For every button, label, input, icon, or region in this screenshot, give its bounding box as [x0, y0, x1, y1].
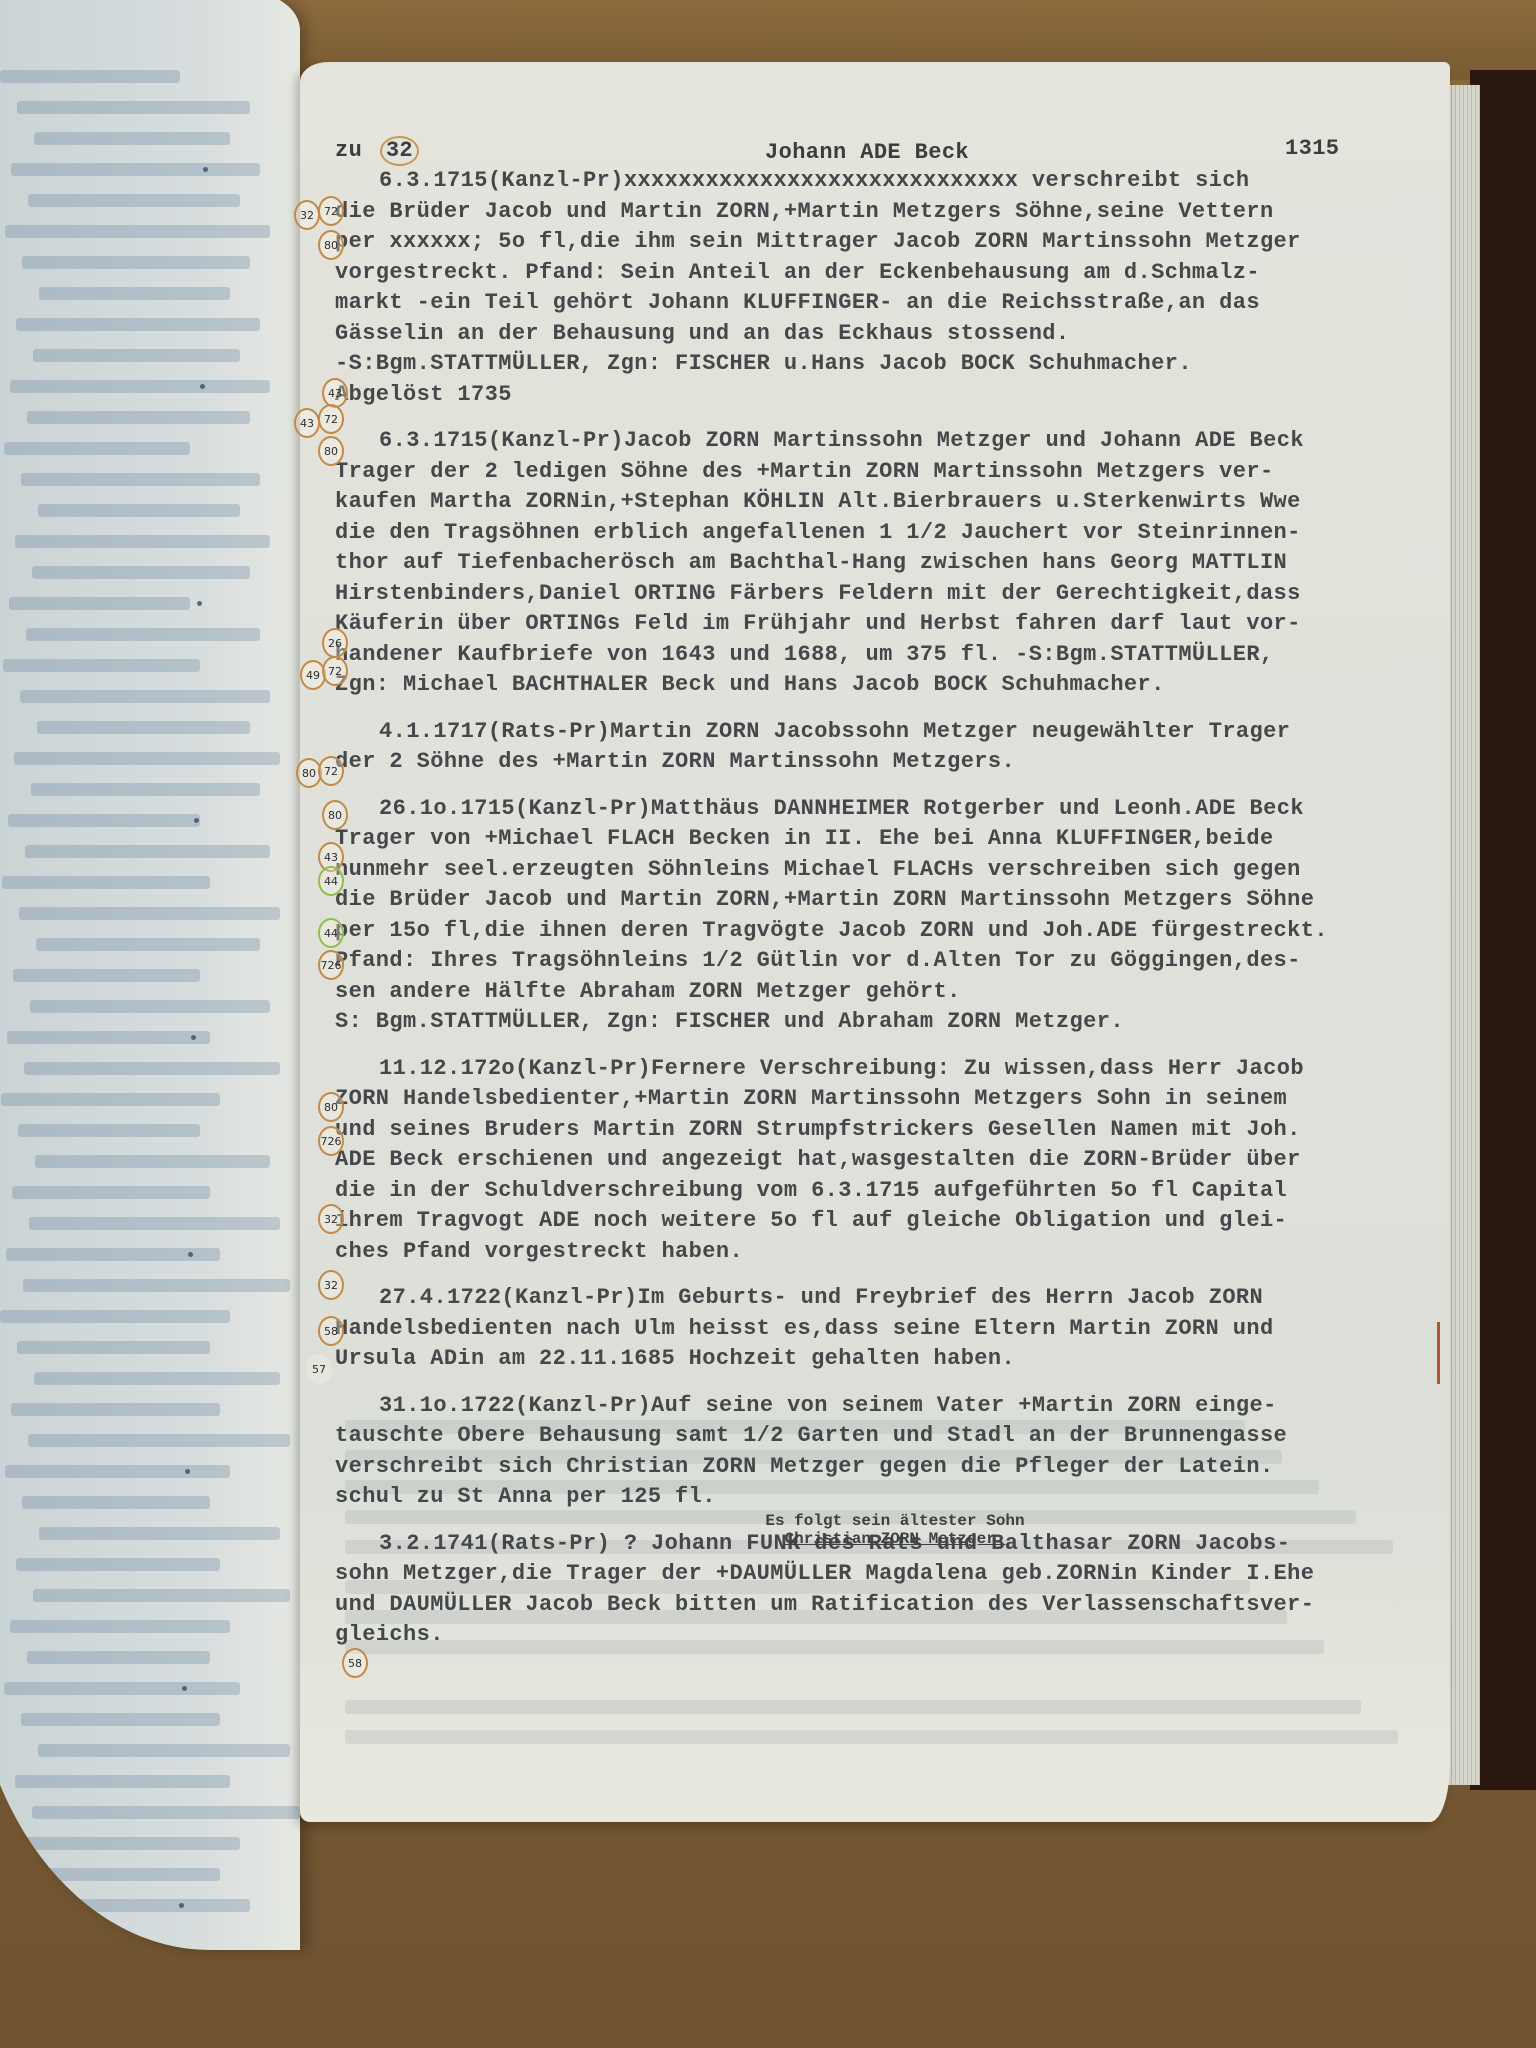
mirrored-text-line — [16, 1558, 220, 1571]
entry-text-line: ADE Beck erschienen und angezeigt hat,wa… — [335, 1145, 1455, 1176]
mirrored-text-line — [32, 566, 250, 579]
entry-text-line: per xxxxxx; 5o fl,die ihm sein Mittrager… — [335, 227, 1455, 258]
ink-dot — [182, 1686, 187, 1691]
circled-margin-number: 32 — [294, 200, 320, 230]
record-entry: 27.4.1722(Kanzl-Pr)Im Geburts- und Freyb… — [335, 1283, 1455, 1375]
circled-margin-number: 72 — [318, 756, 344, 786]
entry-text-line: und DAUMÜLLER Jacob Beck bitten um Ratif… — [335, 1590, 1455, 1621]
mirrored-text-line — [26, 1868, 220, 1881]
circled-margin-number: 726 — [318, 950, 344, 980]
ink-dot — [203, 167, 208, 172]
ink-dot — [191, 1035, 196, 1040]
mirrored-text-line — [33, 349, 240, 362]
circled-margin-number: 44 — [318, 866, 344, 896]
circled-margin-number: 43 — [322, 378, 348, 408]
entry-text-line: schul zu St Anna per 125 fl. — [335, 1482, 1455, 1513]
record-entry: 26.1o.1715(Kanzl-Pr)Matthäus DANNHEIMER … — [335, 794, 1455, 1038]
page-number: 1315 — [1285, 134, 1339, 165]
mirrored-text-line — [36, 938, 260, 951]
circled-margin-number: 57 — [306, 1354, 332, 1384]
entry-date-line: 26.1o.1715(Kanzl-Pr)Matthäus DANNHEIMER … — [335, 794, 1455, 825]
entry-text-line: Käuferin über ORTINGs Feld im Frühjahr u… — [335, 609, 1455, 640]
entry-text-line: Trager der 2 ledigen Söhne des +Martin Z… — [335, 457, 1455, 488]
entry-text-line: gleichs. — [335, 1620, 1455, 1651]
mirrored-text-line — [22, 256, 250, 269]
ink-dot — [188, 1252, 193, 1257]
entry-text-line: die den Tragsöhnen erblich angefallenen … — [335, 518, 1455, 549]
circled-margin-number: 72 — [318, 404, 344, 434]
entry-text-line: verschreibt sich Christian ZORN Metzger … — [335, 1452, 1455, 1483]
entry-text-line: Ursula ADin am 22.11.1685 Hochzeit gehal… — [335, 1344, 1455, 1375]
mirrored-text-line — [30, 1000, 270, 1013]
mirrored-text-line — [7, 1031, 210, 1044]
mirrored-text-line — [39, 1527, 280, 1540]
entry-text-line: der 2 Söhne des +Martin ZORN Martinssohn… — [335, 747, 1455, 778]
entry-text-line: per 15o fl,die ihnen deren Tragvögte Jac… — [335, 916, 1455, 947]
mirrored-text-line — [27, 1651, 210, 1664]
mirrored-text-line — [2, 876, 210, 889]
mirrored-text-line — [19, 907, 280, 920]
record-entry: 4.1.1717(Rats-Pr)Martin ZORN Jacobssohn … — [335, 717, 1455, 778]
mirrored-text-line — [21, 473, 260, 486]
mirrored-text-line — [17, 1341, 210, 1354]
entry-text-line: die in der Schuldverschreibung vom 6.3.1… — [335, 1176, 1455, 1207]
entry-date-line: 6.3.1715(Kanzl-Pr)xxxxxxxxxxxxxxxxxxxxxx… — [335, 166, 1455, 197]
entry-text-line: kaufen Martha ZORNin,+Stephan KÖHLIN Alt… — [335, 487, 1455, 518]
mirrored-text-line — [8, 814, 200, 827]
record-entry: 11.12.172o(Kanzl-Pr)Fernere Verschreibun… — [335, 1054, 1455, 1268]
record-entry: 6.3.1715(Kanzl-Pr)xxxxxxxxxxxxxxxxxxxxxx… — [335, 166, 1455, 410]
ink-dot — [179, 1903, 184, 1908]
mirrored-text-line — [35, 1155, 270, 1168]
mirrored-text-line — [26, 628, 260, 641]
mirrored-text-line — [38, 504, 240, 517]
mirrored-text-line — [14, 752, 280, 765]
entry-text-line: Gässelin an der Behausung und an das Eck… — [335, 319, 1455, 350]
mirrored-text-line — [27, 411, 250, 424]
mirrored-text-line — [18, 1124, 200, 1137]
entry-text-line: die Brüder Jacob und Martin ZORN,+Martin… — [335, 885, 1455, 916]
mirrored-text-line — [13, 969, 200, 982]
circled-margin-number: 44 — [318, 918, 344, 948]
entry-date-line: 31.1o.1722(Kanzl-Pr)Auf seine von seinem… — [335, 1391, 1455, 1422]
mirrored-text-line — [22, 1496, 210, 1509]
circled-margin-number: 72 — [322, 656, 348, 686]
mirrored-text-line — [0, 70, 180, 83]
entry-text-line: ches Pfand vorgestreckt haben. — [335, 1237, 1455, 1268]
mirrored-text-line — [3, 659, 200, 672]
mirrored-text-line — [21, 1713, 220, 1726]
mirrored-text-line — [39, 287, 230, 300]
entry-text-line: vorgestreckt. Pfand: Sein Anteil an der … — [335, 258, 1455, 289]
circled-margin-number: 80 — [322, 800, 348, 830]
mirrored-text-line — [32, 1806, 300, 1819]
bleed-line — [345, 1700, 1361, 1714]
circled-margin-number: 80 — [318, 1092, 344, 1122]
mirrored-text-line — [34, 1372, 280, 1385]
red-pencil-bracket — [1437, 1322, 1440, 1384]
mirrored-text-line — [17, 101, 250, 114]
entry-text-line: markt -ein Teil gehört Johann KLUFFINGER… — [335, 288, 1455, 319]
document-content: zu 32 Johann ADE Beck 1315 6.3.1715(Kanz… — [335, 136, 1455, 1667]
footer-note: Es folgt sein ältester Sohn Christian ZO… — [335, 1512, 1455, 1548]
mirrored-text-line — [29, 1217, 280, 1230]
circled-margin-number: 32 — [318, 1204, 344, 1234]
mirrored-text-line — [11, 1403, 220, 1416]
mirrored-text-line — [4, 1682, 240, 1695]
entry-text-line: Hirstenbinders,Daniel ORTING Färbers Fel… — [335, 579, 1455, 610]
entry-text-line: -S:Bgm.STATTMÜLLER, Zgn: FISCHER u.Hans … — [335, 349, 1455, 380]
entry-date-line: 6.3.1715(Kanzl-Pr)Jacob ZORN Martinssohn… — [335, 426, 1455, 457]
mirrored-text-line — [31, 783, 260, 796]
mirrored-text-line — [15, 1775, 230, 1788]
entry-text-line: handener Kaufbriefe von 1643 und 1688, u… — [335, 640, 1455, 671]
ink-dot — [197, 601, 202, 606]
mirrored-text-line — [5, 1465, 230, 1478]
mirrored-text-line — [11, 163, 260, 176]
circled-margin-number: 726 — [318, 1126, 344, 1156]
entry-text-line: thor auf Tiefenbacherösch am Bachthal-Ha… — [335, 548, 1455, 579]
mirrored-text-line — [4, 442, 190, 455]
mirrored-text-line — [23, 1279, 290, 1292]
mirrored-text-line — [24, 1062, 280, 1075]
entry-text-line: und seines Bruders Martin ZORN Strumpfst… — [335, 1115, 1455, 1146]
circled-margin-number: 58 — [318, 1316, 344, 1346]
mirrored-text-line — [34, 132, 230, 145]
mirrored-text-line — [16, 318, 260, 331]
page-title: Johann ADE Beck — [765, 138, 969, 169]
entry-text-line: sohn Metzger,die Trager der +DAUMÜLLER M… — [335, 1559, 1455, 1590]
record-entry: 6.3.1715(Kanzl-Pr)Jacob ZORN Martinssohn… — [335, 426, 1455, 701]
entry-text-line: nunmehr seel.erzeugten Söhnleins Michael… — [335, 855, 1455, 886]
footer-line-2: Christian ZORN Metzger. — [335, 1530, 1455, 1548]
entry-date-line: 11.12.172o(Kanzl-Pr)Fernere Verschreibun… — [335, 1054, 1455, 1085]
circled-margin-number: 26 — [322, 628, 348, 658]
entry-text-line: Pfand: Ihres Tragsöhnleins 1/2 Gütlin vo… — [335, 946, 1455, 977]
entry-text-line: Abgelöst 1735 — [335, 380, 1455, 411]
entry-text-line: sen andere Hälfte Abraham ZORN Metzger g… — [335, 977, 1455, 1008]
mirrored-text-line — [38, 1744, 290, 1757]
mirrored-text-line — [0, 1310, 230, 1323]
ink-dot — [200, 384, 205, 389]
mirrored-text-line — [1, 1093, 220, 1106]
mirrored-text-line — [33, 1589, 290, 1602]
circled-margin-number: 80 — [318, 436, 344, 466]
circled-margin-number: 72 — [318, 196, 344, 226]
ink-dot — [194, 818, 199, 823]
entry-date-line: 27.4.1722(Kanzl-Pr)Im Geburts- und Freyb… — [335, 1283, 1455, 1314]
cross-reference: zu 32 — [335, 136, 419, 167]
mirrored-text-line — [15, 535, 270, 548]
mirrored-text-line — [5, 225, 270, 238]
footer-line-1: Es folgt sein ältester Sohn — [335, 1512, 1455, 1530]
mirrored-text-line — [3, 1899, 250, 1912]
page-header: zu 32 Johann ADE Beck 1315 — [335, 136, 1455, 166]
entry-text-line: Trager von +Michael FLACH Becken in II. … — [335, 824, 1455, 855]
mirrored-text-line — [10, 1620, 230, 1633]
mirrored-text-line — [28, 194, 240, 207]
mirrored-text-line — [9, 1837, 240, 1850]
entry-text-line: Handelsbedienten nach Ulm heisst es,dass… — [335, 1314, 1455, 1345]
entry-text-line: S: Bgm.STATTMÜLLER, Zgn: FISCHER und Abr… — [335, 1007, 1455, 1038]
entry-text-line: Zgn: Michael BACHTHALER Beck und Hans Ja… — [335, 670, 1455, 701]
mirrored-text-line — [37, 721, 250, 734]
mirrored-text-line — [28, 1434, 290, 1447]
record-entries: 6.3.1715(Kanzl-Pr)xxxxxxxxxxxxxxxxxxxxxx… — [335, 166, 1455, 1651]
circled-margin-number: 32 — [318, 1270, 344, 1300]
entry-text-line: die Brüder Jacob und Martin ZORN,+Martin… — [335, 197, 1455, 228]
mirrored-text-line — [25, 845, 270, 858]
mirrored-text-line — [20, 690, 270, 703]
left-page-bleed — [0, 0, 300, 1950]
entry-text-line: tauschte Obere Behausung samt 1/2 Garten… — [335, 1421, 1455, 1452]
circled-margin-number: 80 — [318, 230, 344, 260]
mirrored-text-line — [12, 1186, 210, 1199]
footer-margin-circle: 58 — [342, 1648, 368, 1678]
entry-date-line: 4.1.1717(Rats-Pr)Martin ZORN Jacobssohn … — [335, 717, 1455, 748]
circled-reference-number: 32 — [380, 136, 419, 166]
ink-dot — [185, 1469, 190, 1474]
entry-text-line: ZORN Handelsbedienter,+Martin ZORN Marti… — [335, 1084, 1455, 1115]
entry-text-line: ihrem Tragvogt ADE noch weitere 5o fl au… — [335, 1206, 1455, 1237]
record-entry: 31.1o.1722(Kanzl-Pr)Auf seine von seinem… — [335, 1391, 1455, 1513]
circled-margin-number: 43 — [294, 408, 320, 438]
mirrored-text-line — [10, 380, 270, 393]
mirrored-text-line — [9, 597, 190, 610]
bleed-line — [345, 1730, 1398, 1744]
